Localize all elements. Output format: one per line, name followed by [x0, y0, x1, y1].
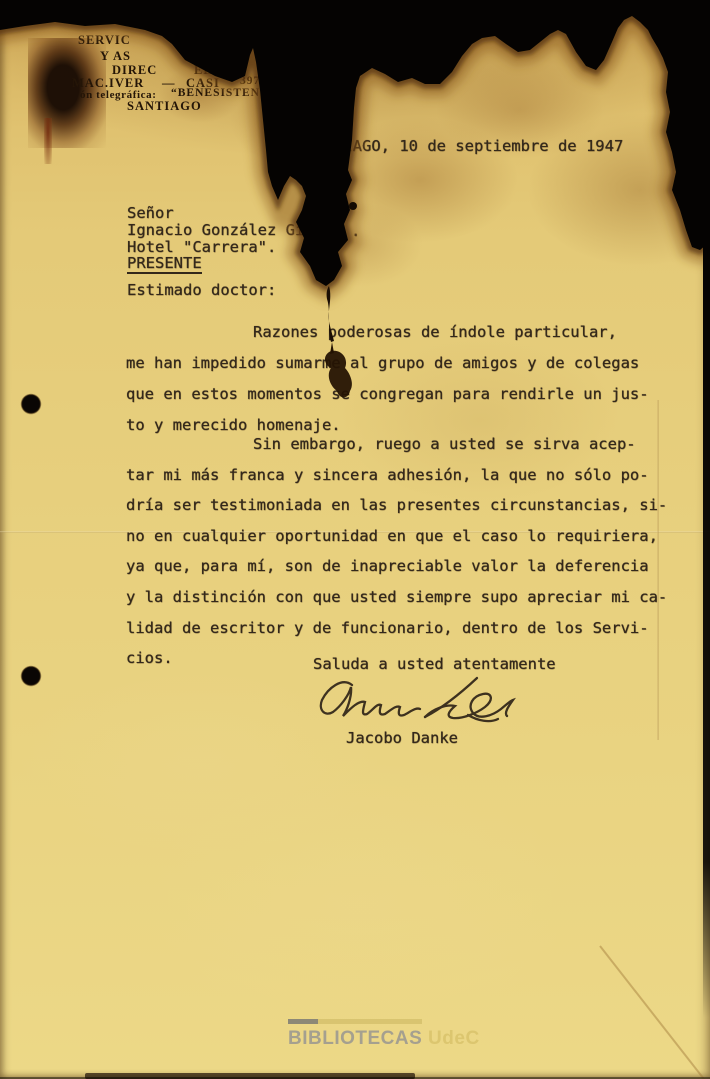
scanned-letter-page: { "document": { "kind": "scanned typewri… — [0, 0, 710, 1079]
library-watermark: BIBLIOTECAS UdeC — [288, 1019, 480, 1050]
handwritten-signature — [0, 0, 710, 1079]
watermark-word-bibliotecas: BIBLIOTECAS — [288, 1028, 422, 1049]
watermark-word-udec: UdeC — [422, 1028, 479, 1049]
watermark-bar — [288, 1019, 422, 1024]
